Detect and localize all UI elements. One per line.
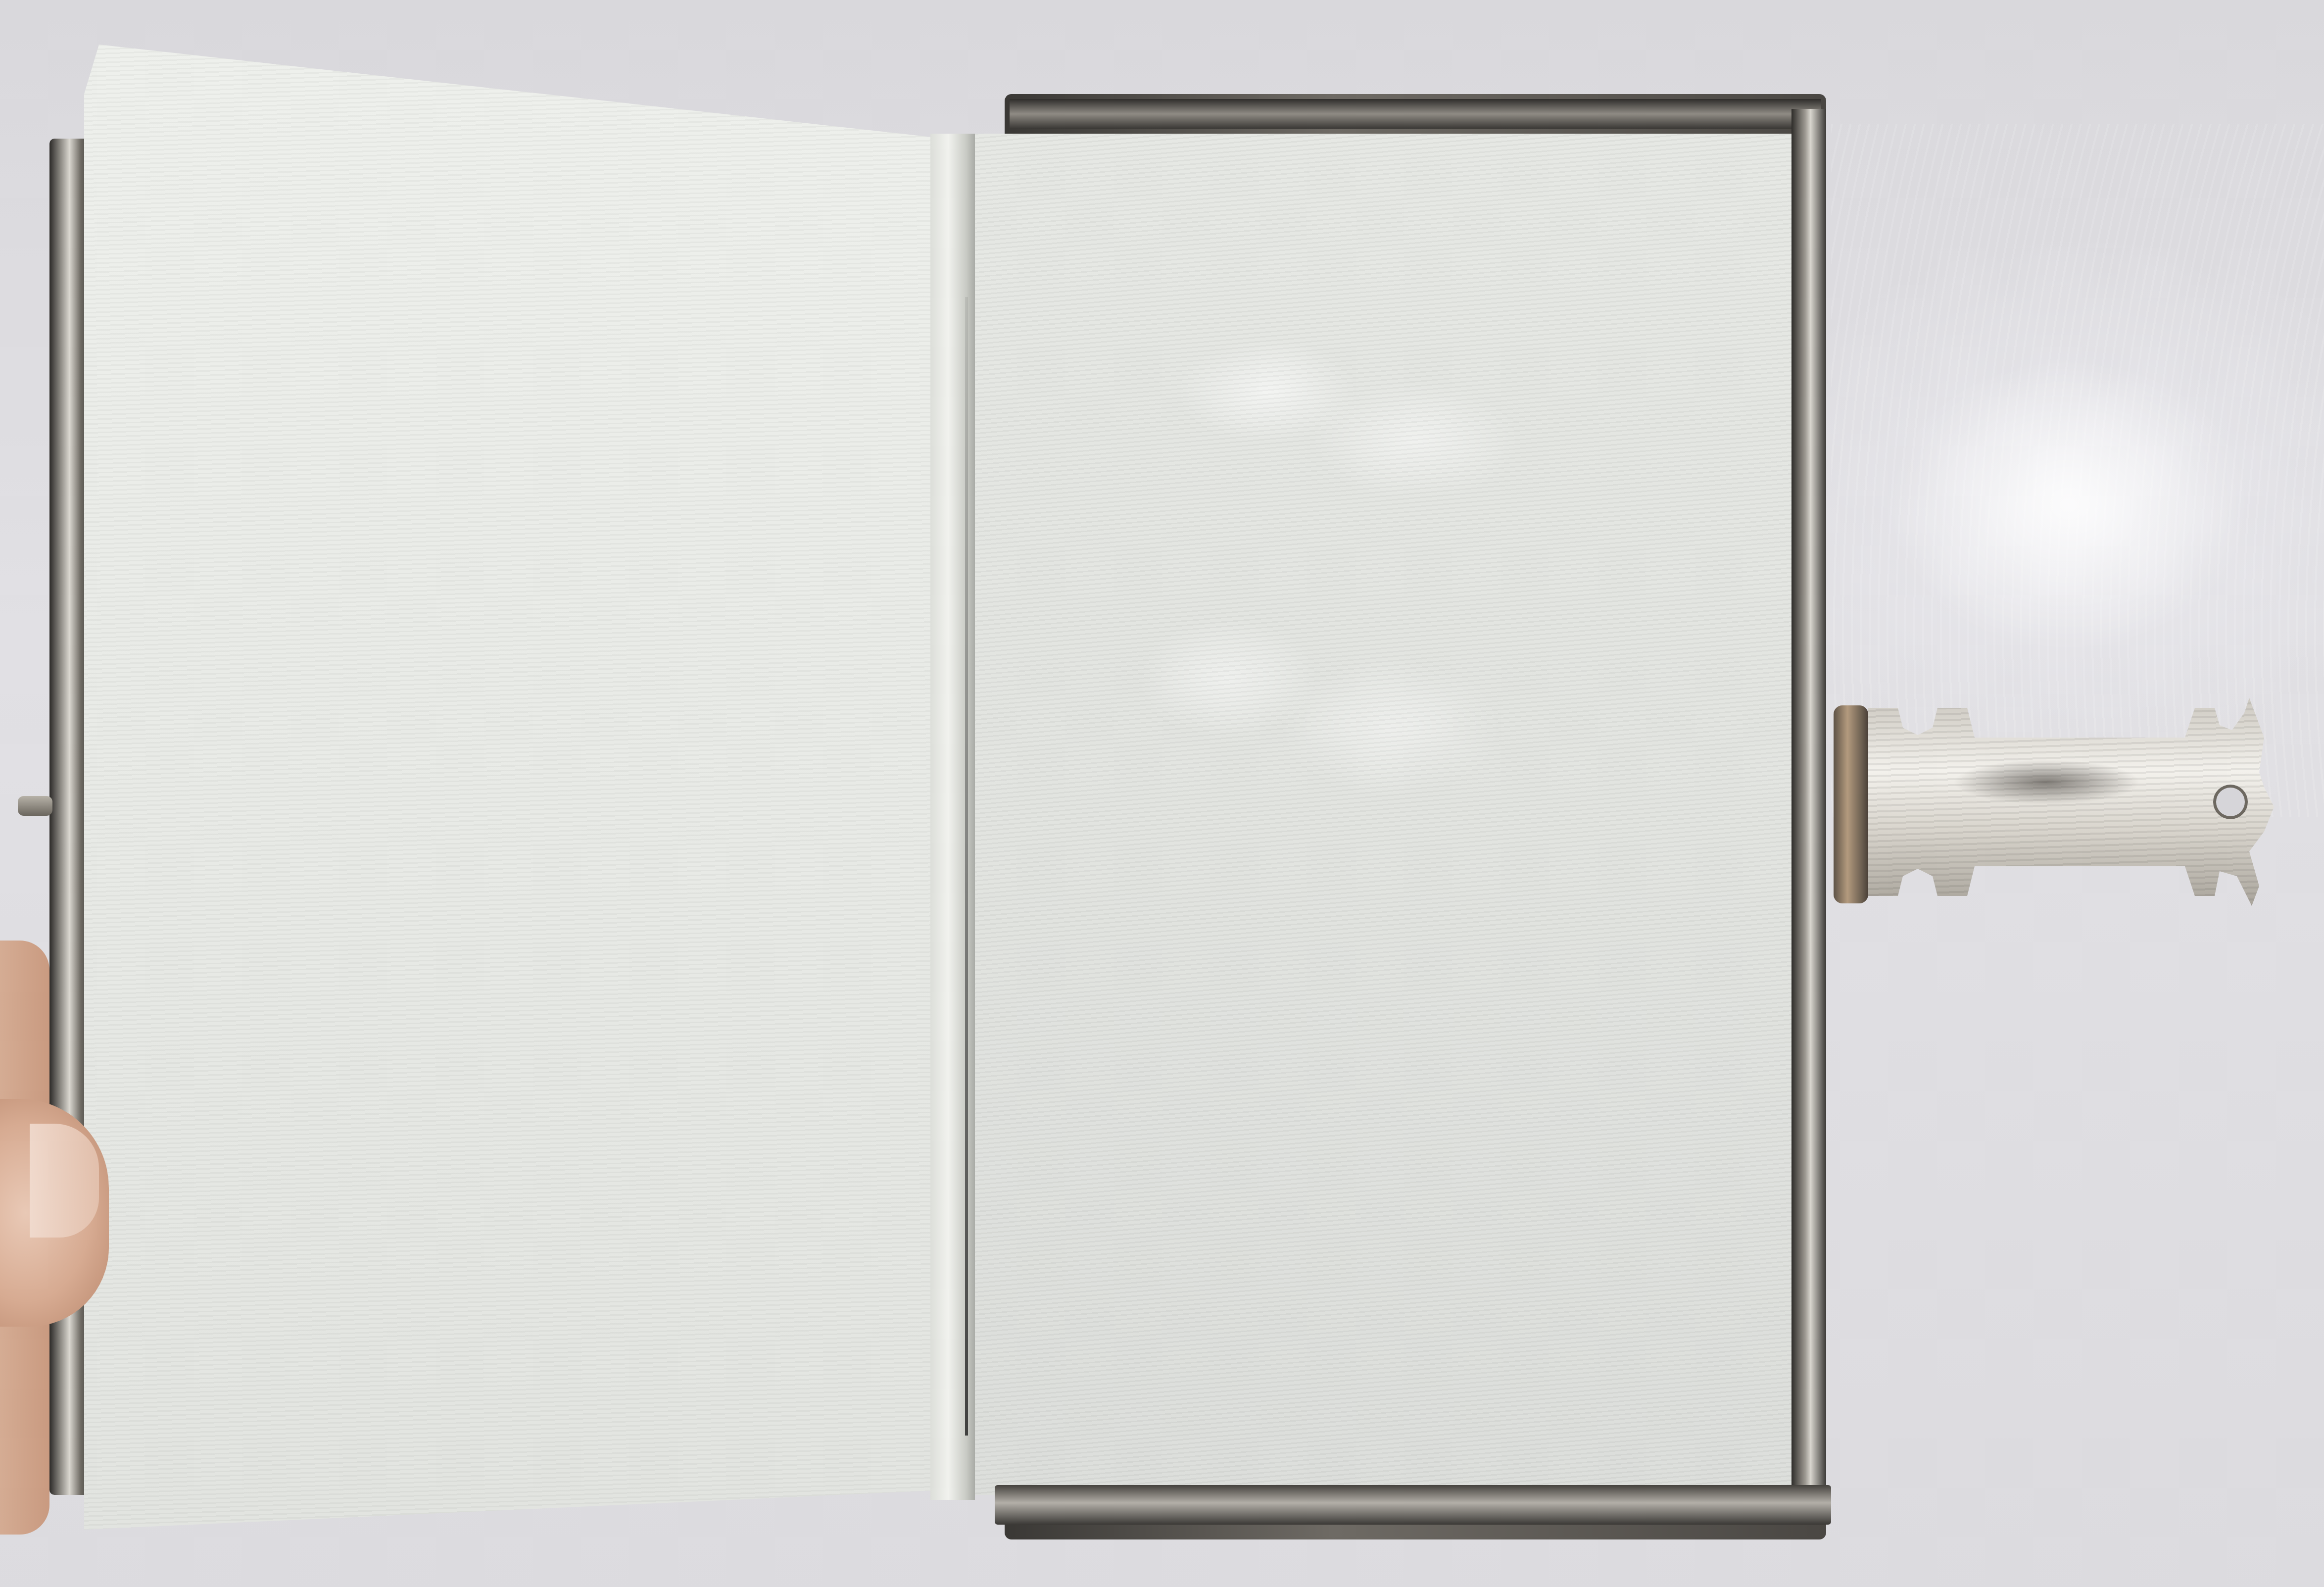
- left-endpaper: [84, 45, 945, 1530]
- right-moire-endpaper: [970, 134, 1796, 1495]
- clasp-hole: [2213, 785, 2248, 819]
- back-cover-bottom-edge: [995, 1485, 1831, 1525]
- clasp-pin: [18, 796, 52, 816]
- spine-gutter: [930, 134, 975, 1500]
- back-cover-side-edge: [1791, 109, 1826, 1525]
- gutter-shadow: [965, 297, 968, 1436]
- clasp-hinge: [1834, 705, 1868, 903]
- back-cover-top-edge: [1010, 99, 1821, 129]
- thumbnail: [30, 1124, 99, 1238]
